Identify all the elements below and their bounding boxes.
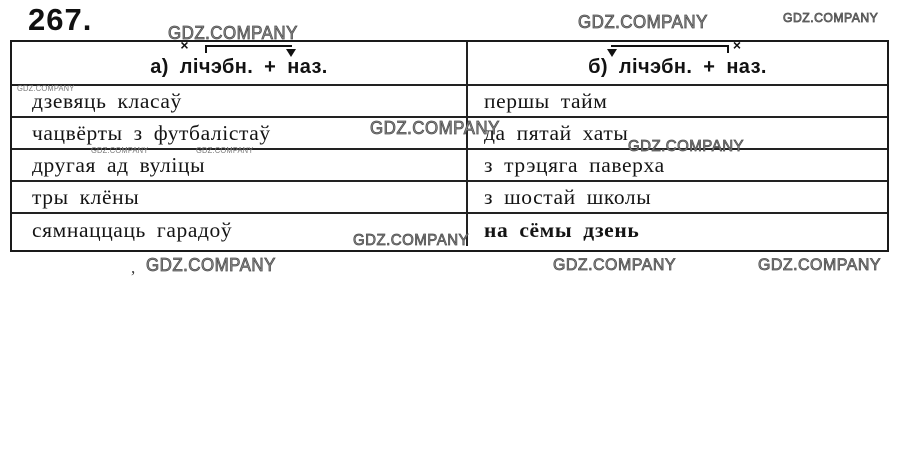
head-word-cross-icon: × [733,38,742,52]
arrow-head [607,49,617,57]
table-row: дзевяць класаў першы тайм [12,86,887,118]
scan-comma-artifact: , [131,258,135,278]
watermark: GDZ.COMPANY [758,256,881,273]
watermark: GDZ.COMPANY [578,13,708,31]
scanned-exercise-page: 267. а) лічэбн. + наз. × б) лічэбн. + на… [0,0,900,458]
watermark: GDZ.COMPANY [783,11,878,24]
dependency-arrow-icon [611,45,729,53]
watermark: GDZ.COMPANY [146,256,276,274]
watermark: GDZ.COMPANY [353,233,469,249]
header-b-annotated: б) лічэбн. + наз. × [588,54,767,79]
arrow-start-tick [205,47,207,53]
watermark: GDZ.COMPANY [553,256,676,273]
arrow-start-tick [727,47,729,53]
cell-b4: з шостай школы [468,182,887,212]
watermark: GDZ.COMPANY [17,85,75,93]
dependency-arrow-icon [205,45,292,53]
watermark: GDZ.COMPANY [168,24,298,42]
cell-b1: першы тайм [468,86,887,116]
cell-b5: на сёмы дзень [468,214,887,246]
watermark: GDZ.COMPANY [196,147,254,155]
header-cell-a: а) лічэбн. + наз. × [12,42,468,84]
header-a-label: а) лічэбн. + наз. [150,56,328,78]
header-cell-b: б) лічэбн. + наз. × [468,42,887,84]
header-b-label: б) лічэбн. + наз. [588,56,767,78]
watermark: GDZ.COMPANY [628,139,744,155]
arrow-head [286,49,296,57]
table-header-row: а) лічэбн. + наз. × б) лічэбн. + наз. × [12,42,887,86]
table-row: тры клёны з шостай школы [12,182,887,214]
exercise-number: 267. [28,2,92,38]
cell-a1: дзевяць класаў [12,86,468,116]
cell-a4: тры клёны [12,182,468,212]
watermark: GDZ.COMPANY [91,147,149,155]
header-a-annotated: а) лічэбн. + наз. × [150,54,328,79]
watermark: GDZ.COMPANY [370,119,500,137]
